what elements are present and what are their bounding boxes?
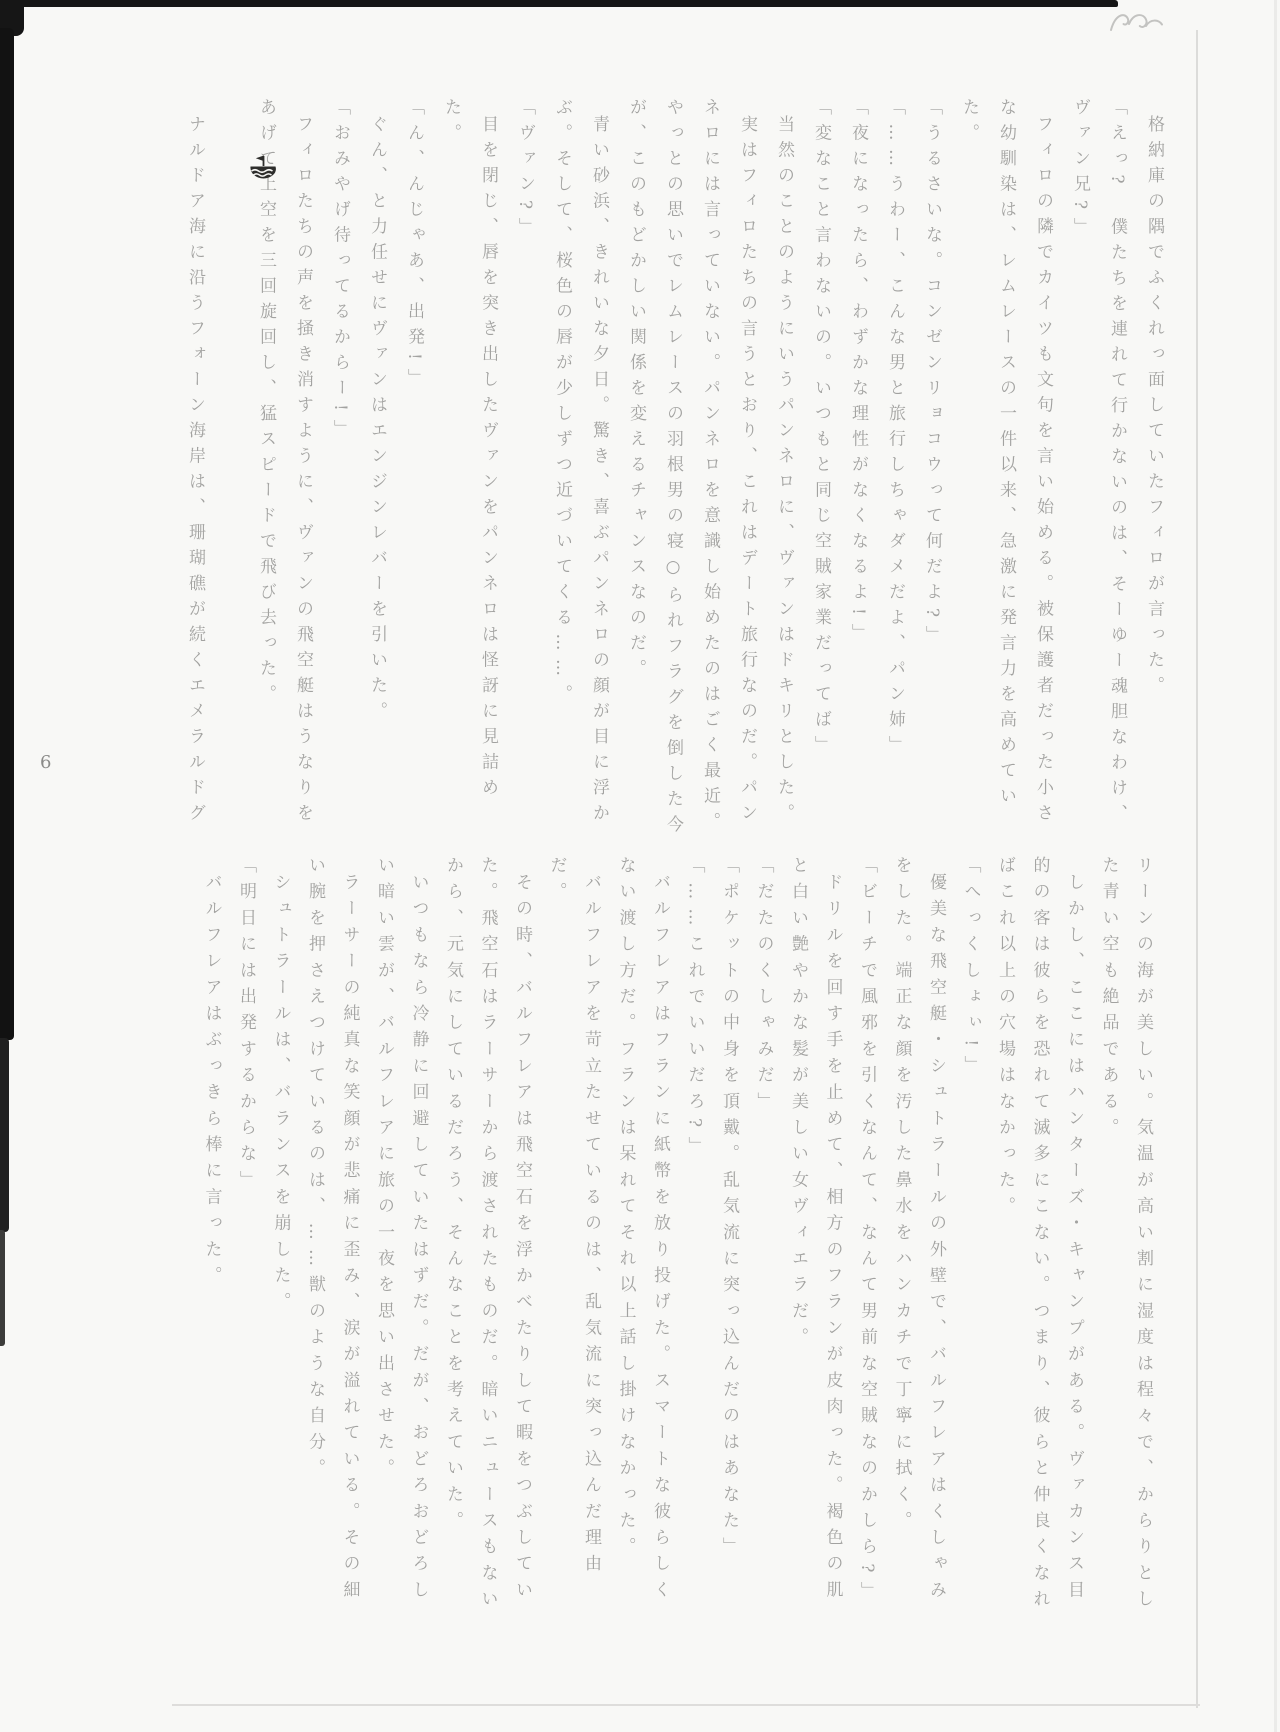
narrative-paragraph: シュトラールは、バランスを崩した。	[263, 856, 298, 1630]
dialogue-paragraph: 「ヴァン?」	[506, 98, 543, 845]
narrative-paragraph: 優美な飛空艇・シュトラールの外壁で、バルフレアはくしゃみをした。端正な顔を汚した…	[884, 856, 953, 1630]
narrative-paragraph: その時、バルフレアは飛空石を浮かべたりして暇をつぶしていた。飛空石はラーサーから…	[436, 856, 540, 1630]
story-section-bottom: リーンの海が美しい。気温が高い割に湿度は程々で、からりとした青い空も絶品である。…	[228, 856, 1160, 1630]
narrative-paragraph: ナルドア海に沿うフォーン海岸は、珊瑚礁が続くエメラルドグ	[176, 98, 213, 845]
narrative-paragraph: フィロたちの声を掻き消すように、ヴァンの飛空艇はうなりをあげて上空を三回旋回し、…	[247, 98, 321, 845]
narrative-paragraph: リーンの海が美しい。気温が高い割に湿度は程々で、からりとした青い空も絶品である。	[1091, 856, 1160, 1630]
binding-shadow-artifact	[0, 1230, 5, 1346]
narrative-paragraph: いつもなら冷静に回避していたはずだ。だが、おどろおどろしい暗い雲が、バルフレアに…	[367, 856, 436, 1630]
story-paragraphs-after-ornament: ナルドア海に沿うフォーン海岸は、珊瑚礁が続くエメラルドグ	[176, 98, 213, 845]
section-break-spacer	[213, 98, 247, 108]
dialogue-paragraph: 「うるさいな。コンゼンリョコウって何だよ?」	[913, 98, 950, 845]
dialogue-paragraph: 「ん、んじゃあ、出発!」	[395, 98, 432, 845]
narrative-paragraph: しかし、ここにはハンターズ・キャンプがある。ヴァカンス目的の客は彼らを恐れて滅多…	[988, 856, 1092, 1630]
narrative-paragraph: 目を閉じ、唇を突き出したヴァンをパンネロは怪訝に見詰めた。	[432, 98, 506, 845]
binding-shadow-artifact	[0, 1038, 9, 1232]
dialogue-paragraph: 「夜になったら、わずかな理性がなくなるよ!」	[839, 98, 876, 845]
narrative-paragraph: 格納庫の隅でふくれっ面していたフィロが言った。	[1135, 98, 1172, 845]
story-paragraphs: 格納庫の隅でふくれっ面していたフィロが言った。「えっ? 僕たちを連れて行かないの…	[247, 98, 1172, 845]
top-edge-scan-artifact	[0, 0, 1118, 7]
narrative-paragraph: ぐん、と力任せにヴァンはエンジンレバーを引いた。	[358, 98, 395, 845]
cloud-squiggle-icon	[1108, 5, 1166, 37]
dialogue-paragraph: 「……これでいいだろ?」	[677, 856, 712, 1630]
story-section-top: 格納庫の隅でふくれっ面していたフィロが言った。「えっ? 僕たちを連れて行かないの…	[206, 98, 1172, 845]
narrative-paragraph: バルフレアはぶっきら棒に言った。	[194, 856, 229, 1630]
dialogue-paragraph: 「おみやげ待ってるからー!」	[321, 98, 358, 845]
narrative-paragraph: フィロの隣でカイツも文句を言い始める。被保護者だった小さな幼馴染は、レムレースの…	[950, 98, 1061, 845]
dialogue-paragraph: 「だたのくしゃみだ」	[746, 856, 781, 1630]
dialogue-paragraph: 「……うわー、こんな男と旅行しちゃダメだよ、パン姉」	[876, 98, 913, 845]
page-edge-line	[1196, 30, 1198, 1708]
narrative-paragraph: ドリルを回す手を止めて、相方のフランが皮肉った。褐色の肌と白い艶やかな髪が美しい…	[781, 856, 850, 1630]
dialogue-paragraph: 「変なこと言わないの。いつもと同じ空賊家業だってば」	[802, 98, 839, 845]
dialogue-paragraph: 「へっくしょぃ!」	[953, 856, 988, 1630]
dialogue-paragraph: 「えっ? 僕たちを連れて行かないのは、そーゆー魂胆なわけ、ヴァン兄?」	[1061, 98, 1135, 845]
narrative-paragraph: 青い砂浜、きれいな夕日。驚き、喜ぶパンネロの顔が目に浮かぶ。そして、桜色の唇が少…	[543, 98, 617, 845]
scanned-book-page: 格納庫の隅でふくれっ面していたフィロが言った。「えっ? 僕たちを連れて行かないの…	[0, 0, 1280, 1732]
page-edge-line	[172, 1704, 1200, 1706]
page-edge-line	[1274, 0, 1277, 1732]
page-number: 6	[40, 752, 51, 773]
story-paragraphs: リーンの海が美しい。気温が高い割に湿度は程々で、からりとした青い空も絶品である。…	[194, 856, 1160, 1630]
narrative-paragraph: ラーサーの純真な笑顔が悲痛に歪み、涙が溢れている。その細い腕を押さえつけているの…	[298, 856, 367, 1630]
narrative-paragraph: 実はフィロたちの言うとおり、これはデート旅行なのだ。パンネロには言っていない。パ…	[617, 98, 765, 845]
dialogue-paragraph: 「ビーチで風邪を引くなんて、なんて男前な空賊なのかしら?」	[850, 856, 885, 1630]
dialogue-paragraph: 「明日には出発するからな」	[229, 856, 264, 1630]
narrative-paragraph: バルフレアを苛立たせているのは、乱気流に突っ込んだ理由だ。	[539, 856, 608, 1630]
dialogue-paragraph: 「ポケットの中身を頂戴。乱気流に突っ込んだのはあなた」	[712, 856, 747, 1630]
narrative-paragraph: 当然のことのようにいうパンネロに、ヴァンはドキリとした。	[765, 98, 802, 845]
narrative-paragraph: バルフレアはフランに紙幣を放り投げた。スマートな彼らしくない渡し方だ。フランは呆…	[608, 856, 677, 1630]
binding-shadow-artifact	[0, 28, 14, 1040]
ship-ornament-icon	[246, 154, 280, 184]
